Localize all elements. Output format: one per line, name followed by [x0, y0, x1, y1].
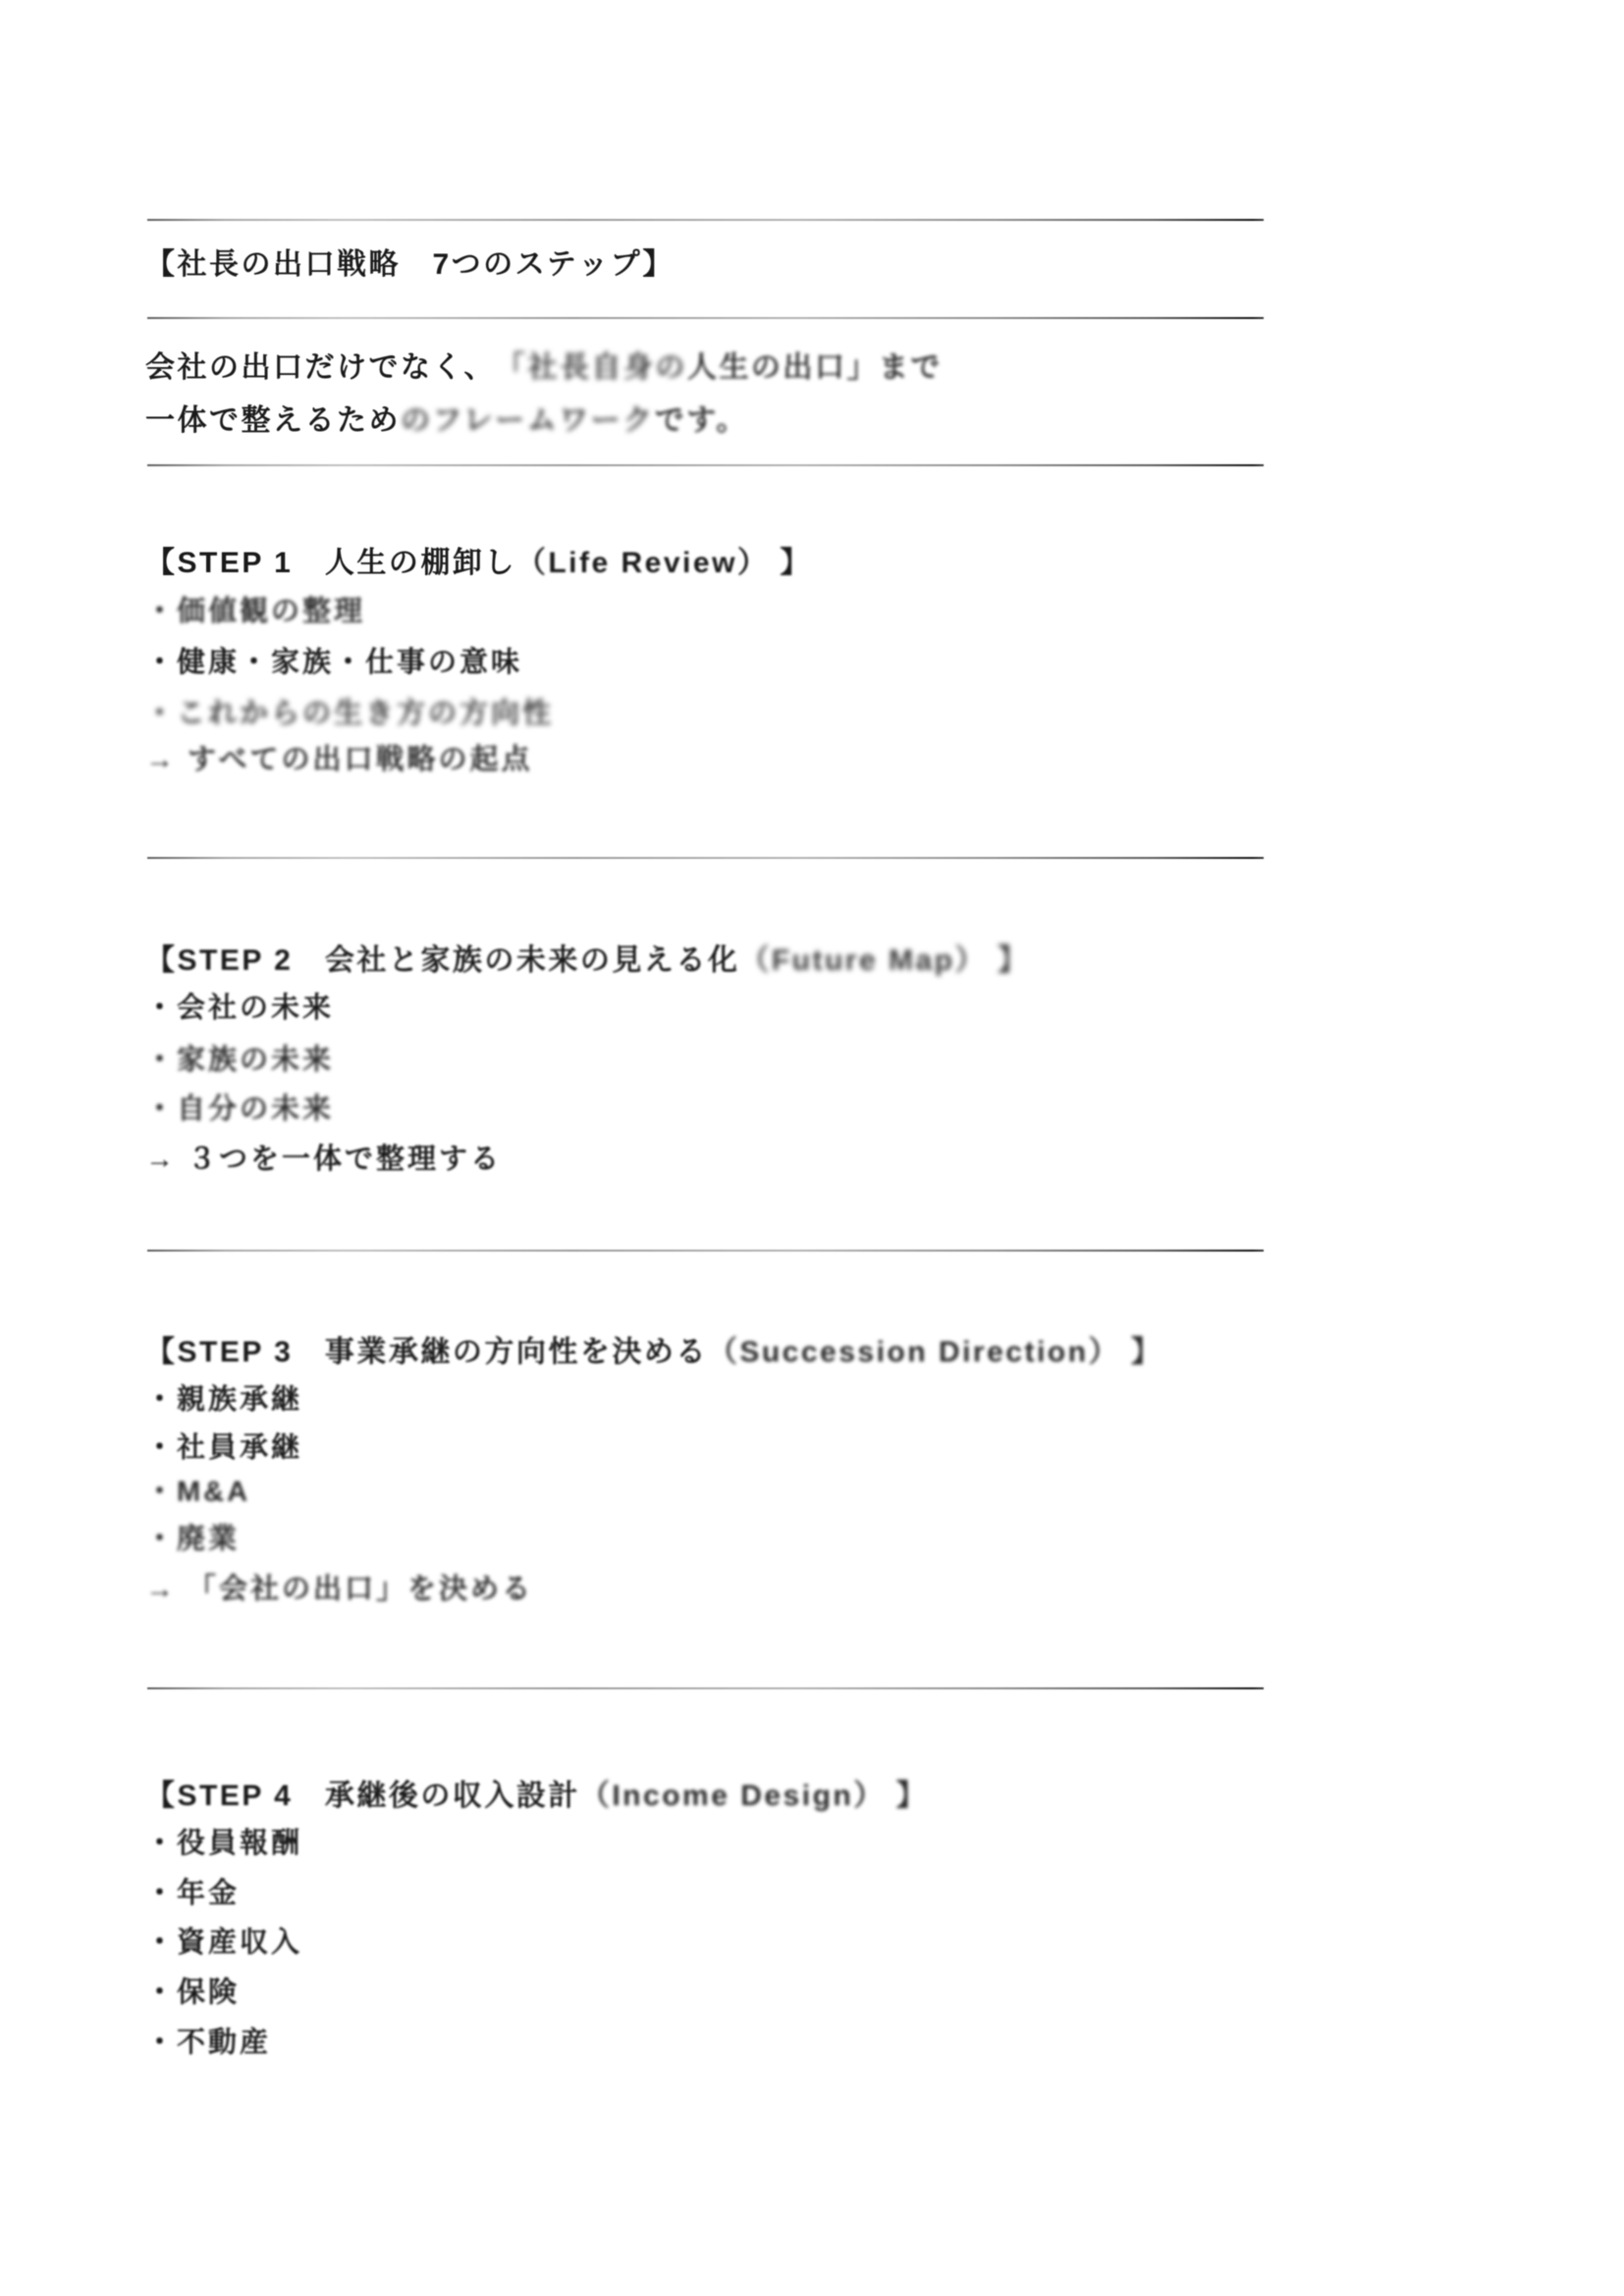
intro-line-2-semi: です。	[655, 401, 748, 441]
step-4-item: ・資産収入	[145, 1923, 302, 1962]
intro-line-1-clear: 会社の出口だけでなく、	[145, 348, 496, 388]
step-2-item: ・自分の未来	[145, 1090, 334, 1129]
step-3-item: ・親族承継	[145, 1380, 302, 1419]
step-4-item: ・年金	[145, 1874, 240, 1913]
document-page: 【社長の出口戦略 7つのステップ】 会社の出口だけでなく、「社長自身の人生の出口…	[0, 0, 1624, 2296]
step-1-item: ・これからの生き方の方向性	[145, 694, 554, 733]
separator	[147, 317, 1264, 319]
intro-line-1-blurred: 「社長自身の	[496, 348, 687, 388]
step-4-heading-jp: 【STEP 4 承継後の収入設計	[145, 1777, 580, 1816]
step-3-item: ・廃業	[145, 1520, 240, 1559]
intro-line-2-clear: 一体で整えるため	[145, 401, 401, 441]
separator	[147, 464, 1264, 466]
step-1-item: ・価値観の整理	[145, 592, 365, 631]
step-2-heading-en: （Future Map） 】	[739, 941, 1029, 981]
step-1-item: ・健康・家族・仕事の意味	[145, 643, 522, 682]
step-4-item: ・保険	[145, 1973, 240, 2012]
step-4-item: ・役員報酬	[145, 1824, 302, 1863]
intro-line-2: 一体で整えるためのフレームワークです。	[145, 401, 748, 441]
step-3-heading: 【STEP 3 事業承継の方向性を決める（Succession Directio…	[145, 1333, 1163, 1372]
step-3-heading-jp: 【STEP 3 事業承継の方向性を決める	[145, 1333, 708, 1372]
step-1-arrow-item: → すべての出口戦略の起点	[145, 740, 532, 779]
step-4-heading: 【STEP 4 承継後の収入設計（Income Design） 】	[145, 1777, 928, 1816]
step-3-item: ・M&A	[145, 1472, 250, 1512]
step-3-item: ・社員承継	[145, 1428, 302, 1468]
separator	[147, 857, 1264, 859]
step-2-item: ・家族の未来	[145, 1041, 334, 1080]
step-1-heading-en: （Life Review） 】	[516, 544, 812, 583]
step-4-item: ・不動産	[145, 2023, 271, 2062]
step-2-heading: 【STEP 2 会社と家族の未来の見える化（Future Map） 】	[145, 941, 1029, 981]
separator	[147, 1687, 1264, 1689]
step-3-heading-en: （Succession Direction） 】	[708, 1333, 1163, 1372]
step-2-heading-jp: 【STEP 2 会社と家族の未来の見える化	[145, 941, 739, 981]
step-4-heading-en: （Income Design） 】	[580, 1777, 928, 1816]
step-1-heading: 【STEP 1 人生の棚卸し（Life Review） 】	[145, 544, 812, 583]
step-3-arrow-item: → 「会社の出口」を決める	[145, 1570, 533, 1609]
page-title: 【社長の出口戦略 7つのステップ】	[145, 245, 675, 285]
step-2-item: ・会社の未来	[145, 988, 334, 1028]
intro-line-1-semi: 人生の出口」まで	[687, 348, 943, 388]
intro-line-2-blurred: のフレームワーク	[401, 401, 655, 441]
separator	[147, 219, 1264, 221]
step-2-arrow-item: → ３つを一体で整理する	[145, 1140, 502, 1179]
step-1-heading-jp: 【STEP 1 人生の棚卸し	[145, 544, 516, 583]
separator	[147, 1250, 1264, 1252]
intro-line-1: 会社の出口だけでなく、「社長自身の人生の出口」まで	[145, 348, 943, 388]
